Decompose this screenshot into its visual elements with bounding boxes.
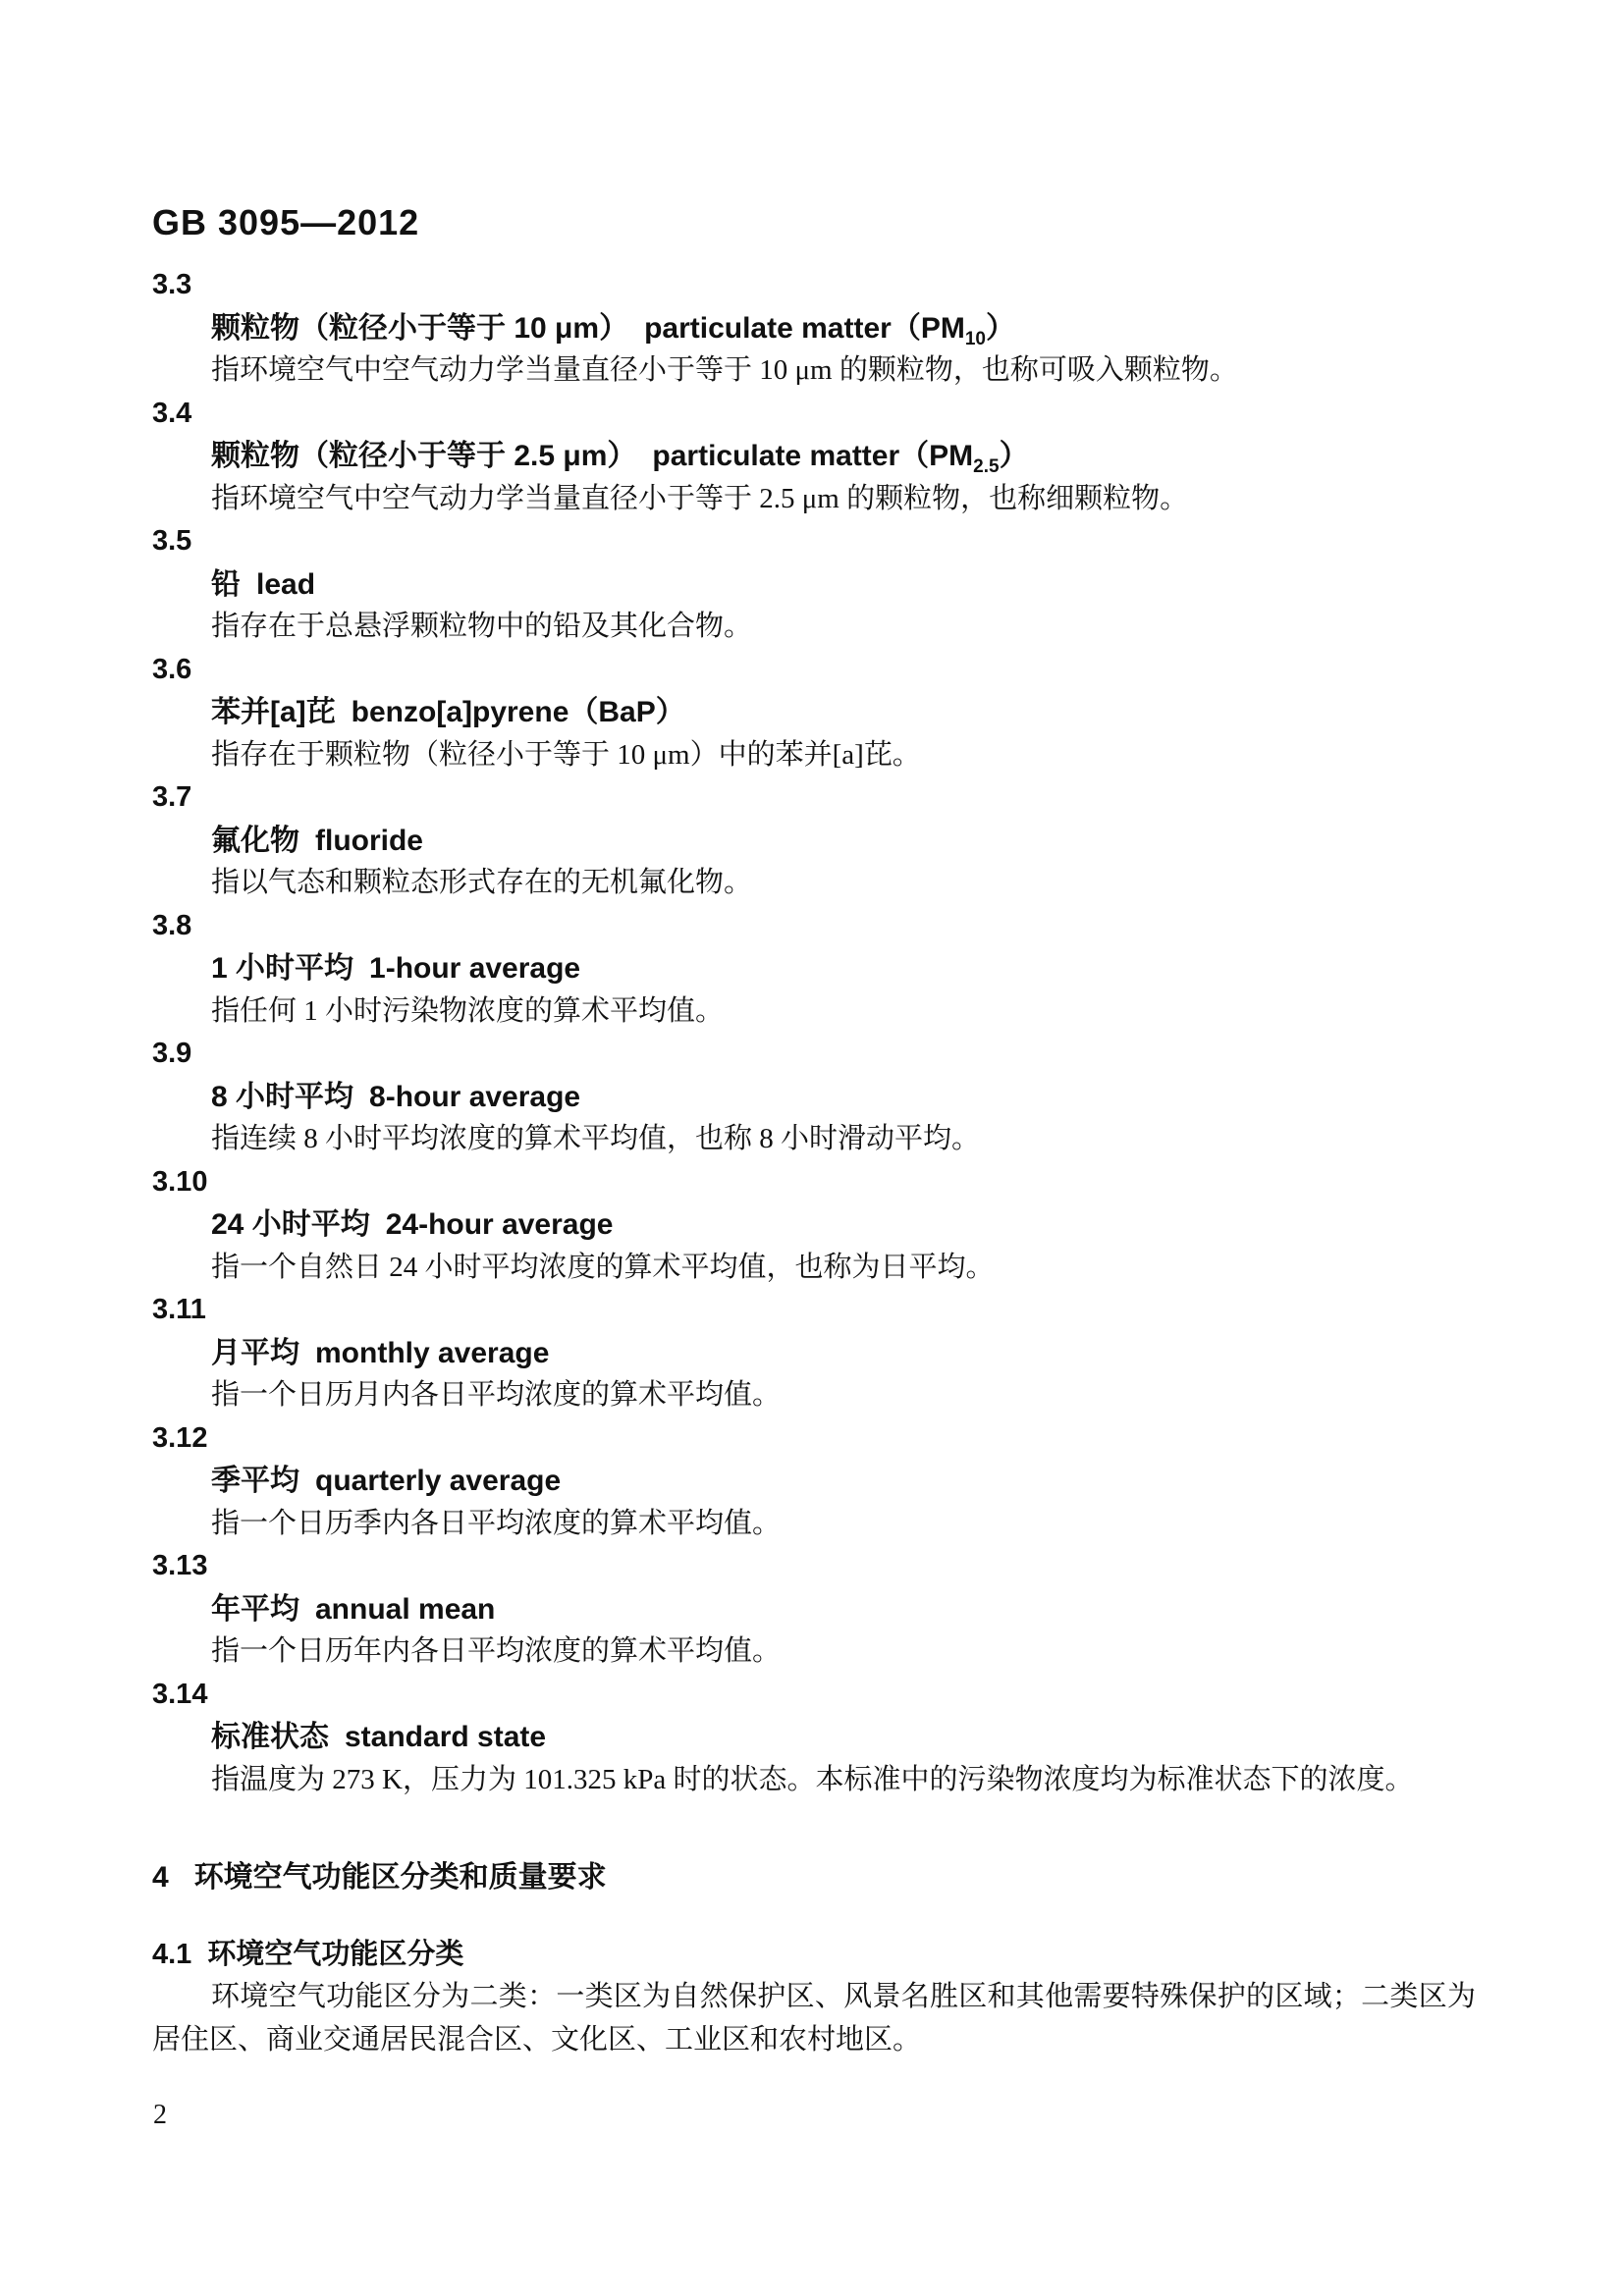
document-page: GB 3095—2012 3.3 颗粒物（粒径小于等于 10 μm）partic… <box>0 0 1624 2296</box>
page-content: GB 3095—2012 3.3 颗粒物（粒径小于等于 10 μm）partic… <box>152 201 1476 2061</box>
term-en: standard state <box>345 1721 546 1753</box>
term-zh: 年平均 <box>211 1593 299 1626</box>
clause-number: 3.14 <box>152 1674 1476 1717</box>
term-zh: 颗粒物（粒径小于等于 2.5 μm） <box>211 440 636 472</box>
clause-number: 3.6 <box>152 649 1476 692</box>
term-en: 24-hour average <box>386 1208 614 1241</box>
term-en: quarterly average <box>315 1465 561 1497</box>
clause-term-line: 氟化物fluoride <box>152 820 1476 863</box>
clause-number: 3.11 <box>152 1289 1476 1332</box>
chapter-heading: 4环境空气功能区分类和质量要求 <box>152 1856 1476 1899</box>
clause-number: 3.8 <box>152 905 1476 948</box>
subclause-heading: 4.1环境空气功能区分类 <box>152 1933 1476 1976</box>
clause-definition: 指环境空气中空气动力学当量直径小于等于 10 μm 的颗粒物，也称可吸入颗粒物。 <box>152 349 1476 393</box>
clause-3-6: 3.6 苯并[a]芘benzo[a]pyrene（BaP） 指存在于颗粒物（粒径… <box>152 649 1476 777</box>
term-en-close: ） <box>1000 440 1029 472</box>
page-number: 2 <box>153 2099 167 2132</box>
chapter-paragraph: 环境空气功能区分为二类：一类区为自然保护区、风景名胜区和其他需要特殊保护的区域；… <box>152 1976 1476 2061</box>
clause-3-9: 3.9 8 小时平均8-hour average 指连续 8 小时平均浓度的算术… <box>152 1033 1476 1161</box>
clause-definition: 指一个日历年内各日平均浓度的算术平均值。 <box>152 1630 1476 1674</box>
clause-term-line: 月平均monthly average <box>152 1332 1476 1375</box>
subclause-number: 4.1 <box>152 1939 191 1970</box>
clause-number: 3.13 <box>152 1545 1476 1588</box>
term-zh: 24 小时平均 <box>211 1208 370 1241</box>
clause-term-line: 年平均annual mean <box>152 1588 1476 1631</box>
clause-number: 3.7 <box>152 776 1476 820</box>
term-zh: 季平均 <box>211 1465 299 1497</box>
clause-3-3: 3.3 颗粒物（粒径小于等于 10 μm）particulate matter（… <box>152 264 1476 393</box>
clause-term-line: 苯并[a]芘benzo[a]pyrene（BaP） <box>152 691 1476 734</box>
term-zh: 8 小时平均 <box>211 1081 353 1113</box>
clause-number: 3.5 <box>152 520 1476 563</box>
clause-3-7: 3.7 氟化物fluoride 指以气态和颗粒态形式存在的无机氟化物。 <box>152 776 1476 905</box>
term-en-subscript: 2.5 <box>973 456 999 477</box>
clause-definition: 指连续 8 小时平均浓度的算术平均值，也称 8 小时滑动平均。 <box>152 1118 1476 1161</box>
clause-term-line: 铅lead <box>152 563 1476 607</box>
clause-3-10: 3.10 24 小时平均24-hour average 指一个自然日 24 小时… <box>152 1161 1476 1290</box>
term-zh: 颗粒物（粒径小于等于 10 μm） <box>211 312 628 345</box>
term-en: lead <box>256 568 315 601</box>
clause-3-4: 3.4 颗粒物（粒径小于等于 2.5 μm）particulate matter… <box>152 393 1476 521</box>
term-zh: 标准状态 <box>211 1721 329 1753</box>
term-en-text: particulate matter（PM <box>652 440 973 472</box>
term-en: 1-hour average <box>369 952 580 985</box>
clause-term-line: 1 小时平均1-hour average <box>152 947 1476 990</box>
term-en: annual mean <box>315 1593 495 1626</box>
clause-3-14: 3.14 标准状态standard state 指温度为 273 K，压力为 1… <box>152 1674 1476 1802</box>
clause-term-line: 标准状态standard state <box>152 1716 1476 1759</box>
clause-3-11: 3.11 月平均monthly average 指一个日历月内各日平均浓度的算术… <box>152 1289 1476 1417</box>
clause-number: 3.3 <box>152 264 1476 307</box>
clause-definition: 指环境空气中空气动力学当量直径小于等于 2.5 μm 的颗粒物，也称细颗粒物。 <box>152 478 1476 521</box>
standard-number-header: GB 3095—2012 <box>152 201 1476 244</box>
term-zh: 月平均 <box>211 1337 299 1369</box>
clause-3-13: 3.13 年平均annual mean 指一个日历年内各日平均浓度的算术平均值。 <box>152 1545 1476 1674</box>
clause-term-line: 季平均quarterly average <box>152 1460 1476 1503</box>
clause-definition: 指温度为 273 K，压力为 101.325 kPa 时的状态。本标准中的污染物… <box>152 1759 1476 1802</box>
clause-number: 3.10 <box>152 1161 1476 1204</box>
term-zh: 氟化物 <box>211 825 299 857</box>
clause-term-line: 颗粒物（粒径小于等于 2.5 μm）particulate matter（PM2… <box>152 435 1476 478</box>
term-en-close: ） <box>986 312 1015 345</box>
term-en: benzo[a]pyrene（BaP） <box>352 696 685 728</box>
clause-term-line: 颗粒物（粒径小于等于 10 μm）particulate matter（PM10… <box>152 307 1476 350</box>
clause-term-line: 24 小时平均24-hour average <box>152 1203 1476 1247</box>
clause-definition: 指存在于总悬浮颗粒物中的铅及其化合物。 <box>152 606 1476 649</box>
term-zh: 苯并[a]芘 <box>211 696 336 728</box>
clause-term-line: 8 小时平均8-hour average <box>152 1076 1476 1119</box>
clause-definition: 指一个日历季内各日平均浓度的算术平均值。 <box>152 1503 1476 1546</box>
subclause-title: 环境空气功能区分类 <box>207 1939 463 1970</box>
clause-number: 3.4 <box>152 393 1476 436</box>
chapter-4-section: 4环境空气功能区分类和质量要求 4.1环境空气功能区分类 环境空气功能区分为二类… <box>152 1856 1476 2061</box>
clause-number: 3.9 <box>152 1033 1476 1076</box>
clause-definition: 指任何 1 小时污染物浓度的算术平均值。 <box>152 990 1476 1034</box>
term-en: fluoride <box>315 825 423 857</box>
term-en-subscript: 10 <box>965 329 986 349</box>
clause-definition: 指存在于颗粒物（粒径小于等于 10 μm）中的苯并[a]芘。 <box>152 734 1476 777</box>
term-en: 8-hour average <box>369 1081 580 1113</box>
term-en: particulate matter（PM2.5） <box>652 440 1028 472</box>
clause-3-8: 3.8 1 小时平均1-hour average 指任何 1 小时污染物浓度的算… <box>152 905 1476 1034</box>
chapter-number: 4 <box>152 1861 169 1894</box>
term-en-text: particulate matter（PM <box>644 312 965 345</box>
term-zh: 铅 <box>211 568 241 601</box>
chapter-title: 环境空气功能区分类和质量要求 <box>194 1861 607 1894</box>
clause-3-5: 3.5 铅lead 指存在于总悬浮颗粒物中的铅及其化合物。 <box>152 520 1476 649</box>
term-en: particulate matter（PM10） <box>644 312 1015 345</box>
term-zh: 1 小时平均 <box>211 952 353 985</box>
term-en: monthly average <box>315 1337 549 1369</box>
clause-number: 3.12 <box>152 1417 1476 1461</box>
clause-definition: 指一个日历月内各日平均浓度的算术平均值。 <box>152 1374 1476 1417</box>
clause-3-12: 3.12 季平均quarterly average 指一个日历季内各日平均浓度的… <box>152 1417 1476 1546</box>
clause-definition: 指一个自然日 24 小时平均浓度的算术平均值，也称为日平均。 <box>152 1247 1476 1290</box>
terms-and-definitions-section: 3.3 颗粒物（粒径小于等于 10 μm）particulate matter（… <box>152 264 1476 1801</box>
clause-definition: 指以气态和颗粒态形式存在的无机氟化物。 <box>152 862 1476 905</box>
